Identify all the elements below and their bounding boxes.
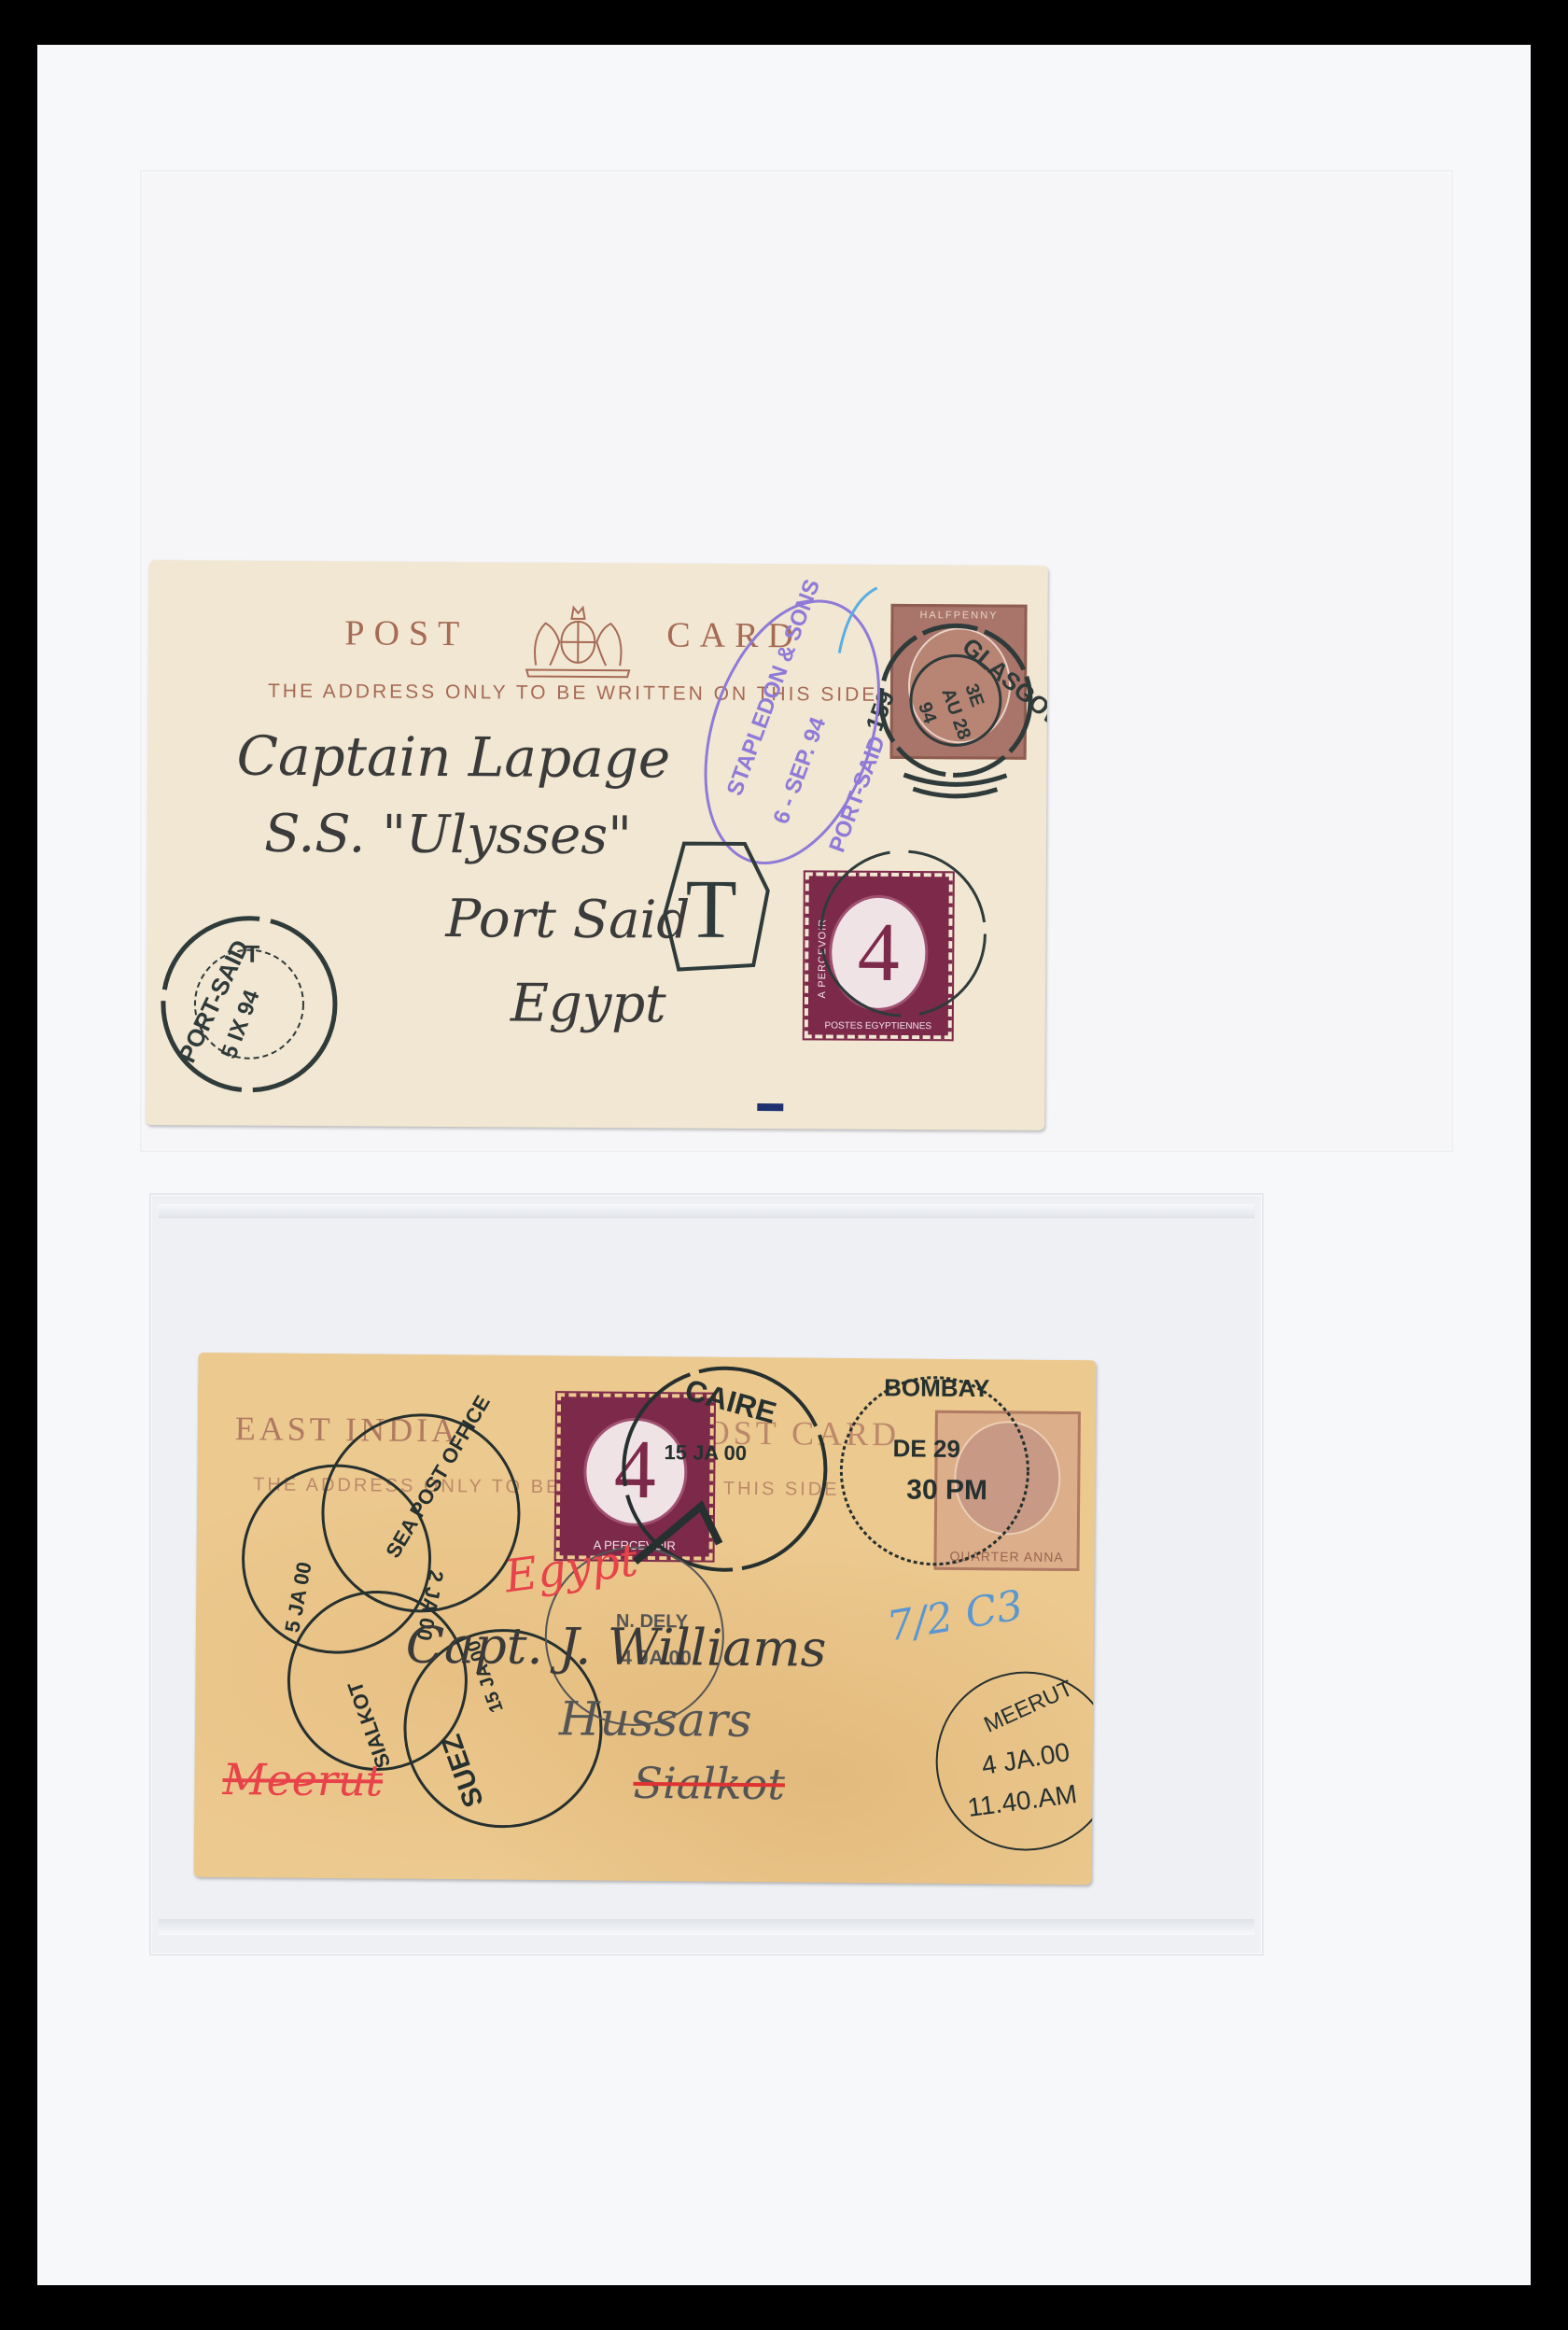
lower-postcard: EAST INDIA POST CARD THE ADDRESS ONLY TO… xyxy=(194,1353,1097,1885)
svg-text:SUEZ: SUEZ xyxy=(436,1731,490,1811)
crossed-out-meerut: Meerut xyxy=(222,1754,383,1805)
svg-text:4 JA.00: 4 JA.00 xyxy=(979,1737,1071,1780)
svg-text:MEERUT: MEERUT xyxy=(980,1676,1077,1738)
svg-text:T: T xyxy=(685,863,737,956)
address-line-1: Captain Lapage xyxy=(236,724,670,791)
address-line-2: S.S. "Ulysses" xyxy=(264,804,632,866)
svg-text:6 - SEP. 94: 6 - SEP. 94 xyxy=(768,713,831,827)
svg-text:3E: 3E xyxy=(960,681,987,709)
svg-text:DE 29: DE 29 xyxy=(892,1434,960,1463)
crossed-out-sialkot: Sialkot xyxy=(633,1758,785,1809)
svg-text:11.40.AM: 11.40.AM xyxy=(966,1779,1079,1822)
address-line-4: Egypt xyxy=(511,973,666,1034)
upper-postcard: POST CARD THE ADDRESS ONLY TO BE WRITTEN… xyxy=(146,560,1048,1130)
address-line-1: Capt. J. Williams xyxy=(405,1616,826,1678)
svg-text:T: T xyxy=(245,940,259,968)
svg-text:30 PM: 30 PM xyxy=(906,1474,987,1506)
port-said-cancel-right xyxy=(809,825,987,1041)
svg-text:CAIRE: CAIRE xyxy=(681,1372,780,1429)
address-line-3: Port Said xyxy=(445,889,690,951)
tax-t-mark: T xyxy=(655,824,777,1003)
port-said-cancel-left: PORT-SAID T 5 IX 94 xyxy=(150,905,347,1102)
svg-text:BOMBAY: BOMBAY xyxy=(884,1373,989,1402)
address-line-2: Hussars xyxy=(559,1691,752,1747)
coat-of-arms-icon xyxy=(517,599,639,680)
card-header-left: POST xyxy=(344,612,469,654)
album-page: POST CARD THE ADDRESS ONLY TO BE WRITTEN… xyxy=(37,45,1531,2285)
svg-text:15 JA 00: 15 JA 00 xyxy=(664,1440,747,1465)
printer-imprint xyxy=(757,1103,783,1111)
